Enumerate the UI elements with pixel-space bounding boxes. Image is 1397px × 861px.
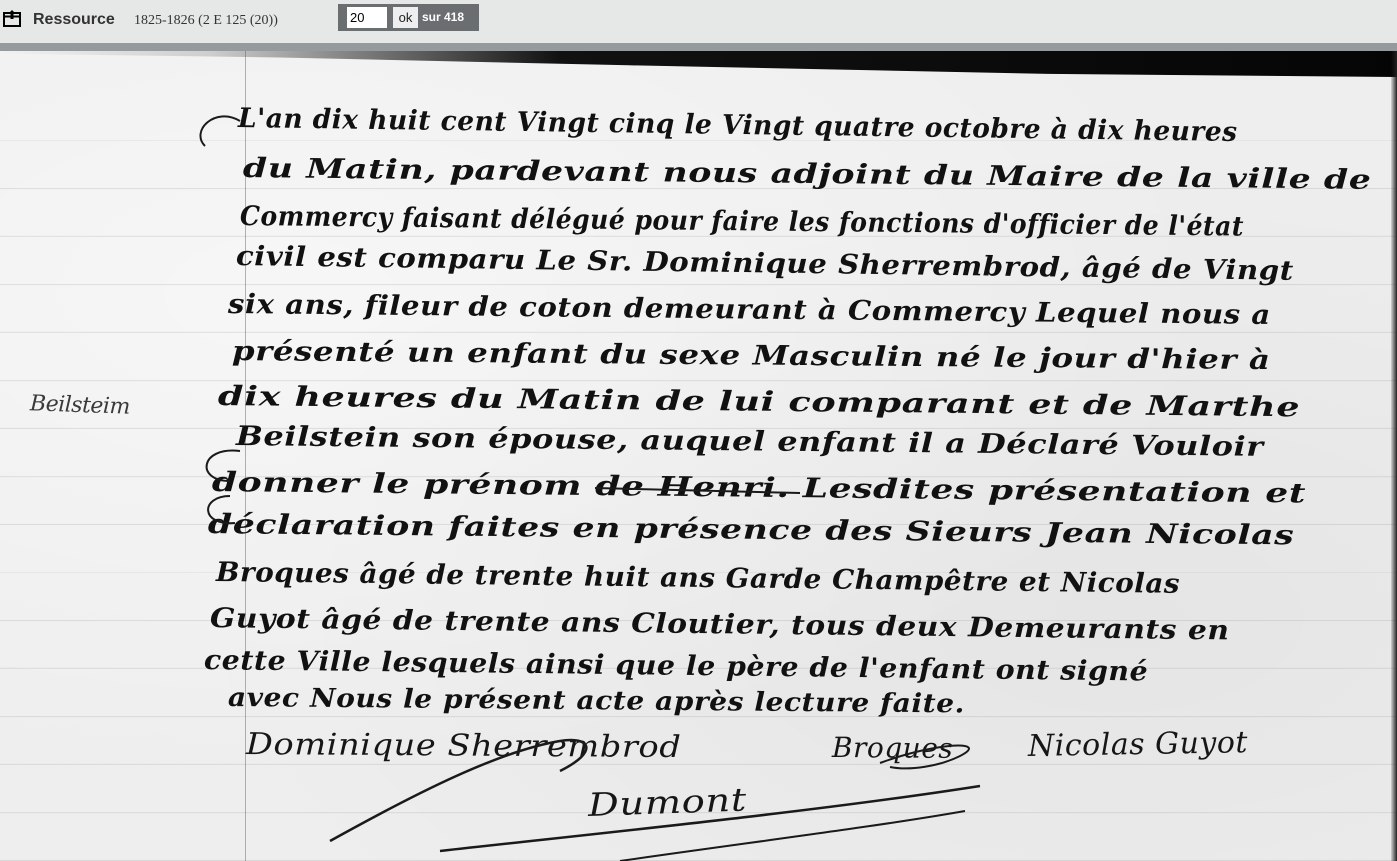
document-image-viewer[interactable]: Beilsteim L'an dix huit cent Vingt cinq … [0,51,1397,861]
signature-witness-broques: Broques [832,731,953,765]
scanned-page: Beilsteim L'an dix huit cent Vingt cinq … [0,51,1397,861]
box-archive-icon [3,10,21,27]
go-to-page-button[interactable]: ok [393,7,418,28]
record-line: avec Nous le présent acte après lecture … [228,683,965,719]
signature-father: Dominique Sherrembrod [246,727,682,765]
resource-subtitle: 1825-1826 (2 E 125 (20)) [134,11,278,31]
page-number-input[interactable] [347,7,387,28]
signature-witness-guyot: Nicolas Guyot [1028,725,1249,764]
page-right-edge [1391,51,1397,861]
resource-header: Ressource 1825-1826 (2 E 125 (20)) ok su… [0,0,1397,43]
signature-officer: Dumont [587,780,747,824]
margin-surname: Beilsteim [30,391,131,419]
resource-title: Ressource [33,10,115,30]
page-total-label: sur 418 [422,9,464,25]
header-separator [0,43,1397,51]
page-navigator: ok sur 418 [338,4,479,31]
